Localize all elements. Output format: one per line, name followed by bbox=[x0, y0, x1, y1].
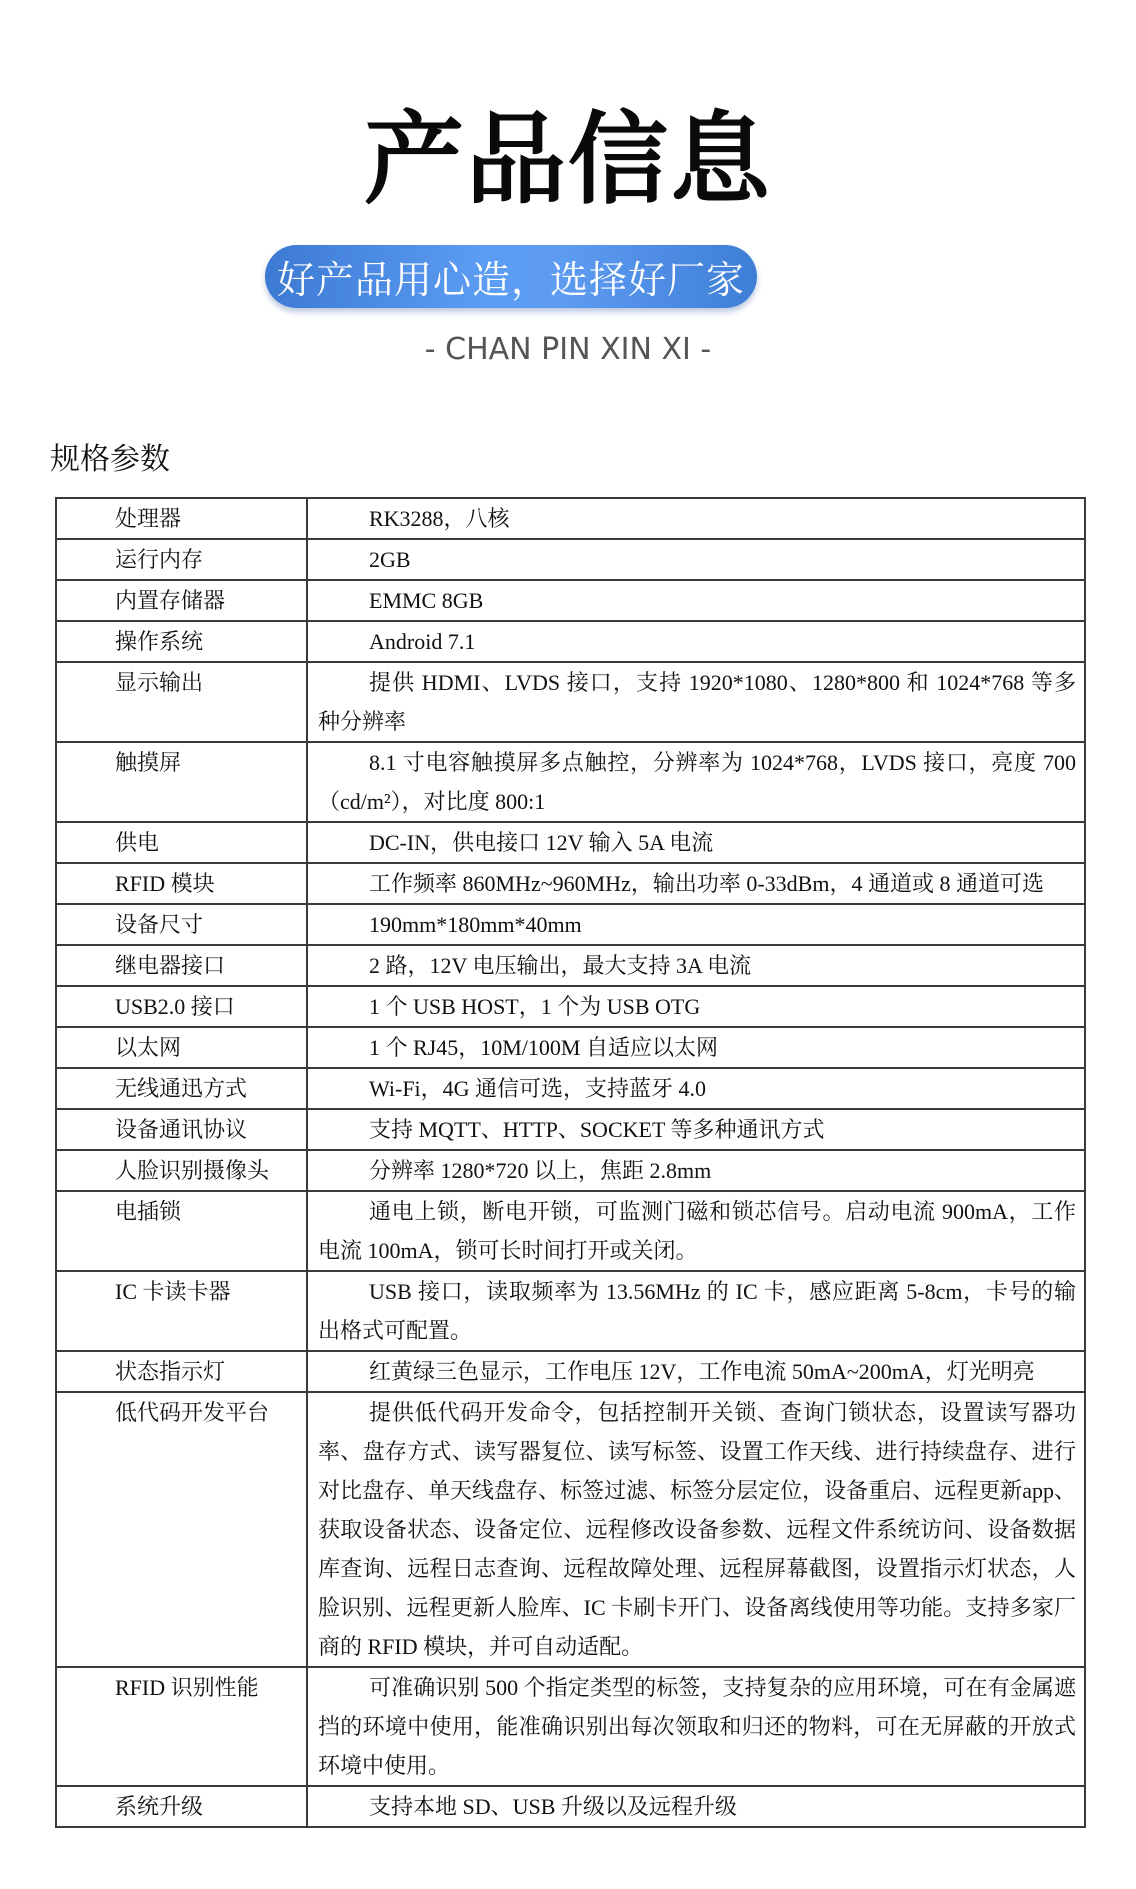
table-row: 内置存储器EMMC 8GB bbox=[56, 580, 1085, 621]
spec-label: 内置存储器 bbox=[56, 580, 307, 621]
table-row: RFID 识别性能可准确识别 500 个指定类型的标签，支持复杂的应用环境，可在… bbox=[56, 1667, 1085, 1786]
table-row: 低代码开发平台提供低代码开发命令，包括控制开关锁、查询门锁状态，设置读写器功率、… bbox=[56, 1392, 1085, 1667]
table-row: USB2.0 接口1 个 USB HOST，1 个为 USB OTG bbox=[56, 986, 1085, 1027]
spec-value: 工作频率 860MHz~960MHz，输出功率 0-33dBm，4 通道或 8 … bbox=[307, 863, 1085, 904]
section-heading: 规格参数 bbox=[50, 440, 170, 480]
spec-value: 分辨率 1280*720 以上，焦距 2.8mm bbox=[307, 1150, 1085, 1191]
spec-value: EMMC 8GB bbox=[307, 580, 1085, 621]
spec-value: 红黄绿三色显示，工作电压 12V，工作电流 50mA~200mA，灯光明亮 bbox=[307, 1351, 1085, 1392]
table-row: 设备尺寸190mm*180mm*40mm bbox=[56, 904, 1085, 945]
table-row: 设备通讯协议支持 MQTT、HTTP、SOCKET 等多种通讯方式 bbox=[56, 1109, 1085, 1150]
table-row: 触摸屏8.1 寸电容触摸屏多点触控，分辨率为 1024*768，LVDS 接口，… bbox=[56, 742, 1085, 822]
spec-value: 2GB bbox=[307, 539, 1085, 580]
spec-label: 运行内存 bbox=[56, 539, 307, 580]
spec-value: 支持本地 SD、USB 升级以及远程升级 bbox=[307, 1786, 1085, 1827]
spec-value: 8.1 寸电容触摸屏多点触控，分辨率为 1024*768，LVDS 接口，亮度 … bbox=[307, 742, 1085, 822]
spec-label: 触摸屏 bbox=[56, 742, 307, 822]
table-row: RFID 模块工作频率 860MHz~960MHz，输出功率 0-33dBm，4… bbox=[56, 863, 1085, 904]
spec-label: 供电 bbox=[56, 822, 307, 863]
spec-value: 通电上锁，断电开锁，可监测门磁和锁芯信号。启动电流 900mA，工作电流 100… bbox=[307, 1191, 1085, 1271]
spec-value: DC-IN，供电接口 12V 输入 5A 电流 bbox=[307, 822, 1085, 863]
spec-label: 设备尺寸 bbox=[56, 904, 307, 945]
spec-label: 处理器 bbox=[56, 498, 307, 539]
table-row: 供电DC-IN，供电接口 12V 输入 5A 电流 bbox=[56, 822, 1085, 863]
spec-label: 无线通迅方式 bbox=[56, 1068, 307, 1109]
page-title: 产品信息 bbox=[0, 100, 1136, 220]
table-row: 无线通迅方式Wi-Fi，4G 通信可选，支持蓝牙 4.0 bbox=[56, 1068, 1085, 1109]
spec-value: USB 接口，读取频率为 13.56MHz 的 IC 卡，感应距离 5-8cm，… bbox=[307, 1271, 1085, 1351]
spec-label: 人脸识别摄像头 bbox=[56, 1150, 307, 1191]
spec-value: 提供 HDMI、LVDS 接口，支持 1920*1080、1280*800 和 … bbox=[307, 662, 1085, 742]
specs-table: 处理器RK3288，八核 运行内存2GB 内置存储器EMMC 8GB 操作系统A… bbox=[55, 497, 1086, 1828]
table-row: 系统升级支持本地 SD、USB 升级以及远程升级 bbox=[56, 1786, 1085, 1827]
slogan-text: 好产品用心造，选择好厂家 bbox=[277, 249, 745, 304]
spec-value: 190mm*180mm*40mm bbox=[307, 904, 1085, 945]
spec-value: Android 7.1 bbox=[307, 621, 1085, 662]
table-row: 状态指示灯红黄绿三色显示，工作电压 12V，工作电流 50mA~200mA，灯光… bbox=[56, 1351, 1085, 1392]
table-row: 操作系统Android 7.1 bbox=[56, 621, 1085, 662]
spec-label: 设备通讯协议 bbox=[56, 1109, 307, 1150]
spec-value: 提供低代码开发命令，包括控制开关锁、查询门锁状态，设置读写器功率、盘存方式、读写… bbox=[307, 1392, 1085, 1667]
spec-label: IC 卡读卡器 bbox=[56, 1271, 307, 1351]
spec-value: RK3288，八核 bbox=[307, 498, 1085, 539]
spec-label: USB2.0 接口 bbox=[56, 986, 307, 1027]
table-row: 运行内存2GB bbox=[56, 539, 1085, 580]
spec-label: 系统升级 bbox=[56, 1786, 307, 1827]
spec-value: 2 路，12V 电压输出，最大支持 3A 电流 bbox=[307, 945, 1085, 986]
spec-value: 可准确识别 500 个指定类型的标签，支持复杂的应用环境，可在有金属遮挡的环境中… bbox=[307, 1667, 1085, 1786]
spec-value: Wi-Fi，4G 通信可选，支持蓝牙 4.0 bbox=[307, 1068, 1085, 1109]
spec-label: 低代码开发平台 bbox=[56, 1392, 307, 1667]
spec-label: RFID 识别性能 bbox=[56, 1667, 307, 1786]
spec-label: 电插锁 bbox=[56, 1191, 307, 1271]
table-row: 人脸识别摄像头分辨率 1280*720 以上，焦距 2.8mm bbox=[56, 1150, 1085, 1191]
spec-label: 继电器接口 bbox=[56, 945, 307, 986]
spec-label: 显示输出 bbox=[56, 662, 307, 742]
spec-label: 操作系统 bbox=[56, 621, 307, 662]
spec-value: 支持 MQTT、HTTP、SOCKET 等多种通讯方式 bbox=[307, 1109, 1085, 1150]
spec-value: 1 个 USB HOST，1 个为 USB OTG bbox=[307, 986, 1085, 1027]
spec-label: 状态指示灯 bbox=[56, 1351, 307, 1392]
slogan-banner: 好产品用心造，选择好厂家 bbox=[265, 245, 757, 308]
table-row: IC 卡读卡器USB 接口，读取频率为 13.56MHz 的 IC 卡，感应距离… bbox=[56, 1271, 1085, 1351]
table-row: 处理器RK3288，八核 bbox=[56, 498, 1085, 539]
table-row: 电插锁通电上锁，断电开锁，可监测门磁和锁芯信号。启动电流 900mA，工作电流 … bbox=[56, 1191, 1085, 1271]
table-row: 以太网1 个 RJ45，10M/100M 自适应以太网 bbox=[56, 1027, 1085, 1068]
pinyin-subtitle: - CHAN PIN XIN XI - bbox=[0, 330, 1136, 370]
spec-label: 以太网 bbox=[56, 1027, 307, 1068]
spec-value: 1 个 RJ45，10M/100M 自适应以太网 bbox=[307, 1027, 1085, 1068]
table-row: 显示输出提供 HDMI、LVDS 接口，支持 1920*1080、1280*80… bbox=[56, 662, 1085, 742]
table-row: 继电器接口2 路，12V 电压输出，最大支持 3A 电流 bbox=[56, 945, 1085, 986]
spec-label: RFID 模块 bbox=[56, 863, 307, 904]
